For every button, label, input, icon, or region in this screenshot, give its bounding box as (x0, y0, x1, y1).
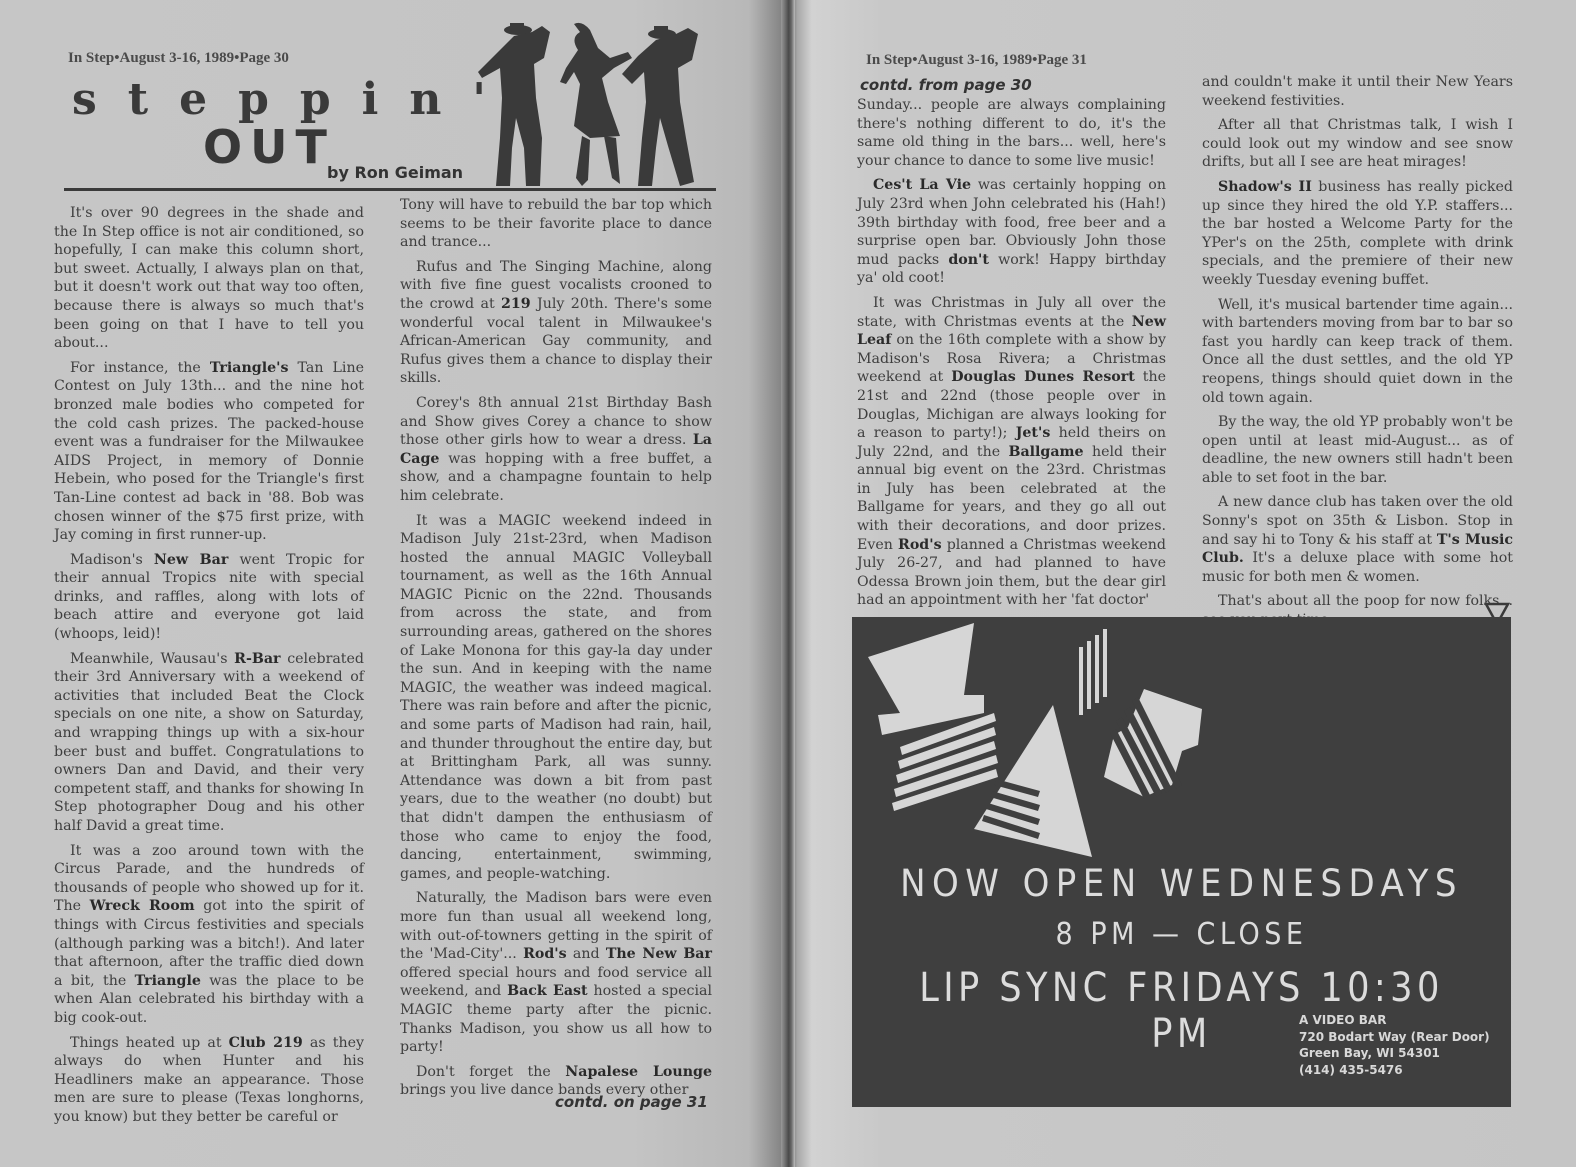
ad-phone: (414) 435-5476 (1299, 1062, 1490, 1079)
title-out: OUT (203, 120, 335, 174)
left-column-1: It's over 90 degrees in the shade and th… (54, 204, 364, 1133)
ad-business-name: A VIDEO BAR (1299, 1012, 1490, 1029)
continued-from-label: contd. from page 30 (860, 76, 1032, 94)
right-column-2: and couldn't make it until their New Yea… (1202, 73, 1513, 636)
zip-video-bar-advertisement: NOW OPEN WEDNESDAYS 8 PM — CLOSE LIP SYN… (852, 617, 1511, 1107)
zip-logo-icon (852, 617, 1511, 857)
paragraph: A new dance club has taken over the old … (1202, 493, 1513, 586)
paragraph: It's over 90 degrees in the shade and th… (54, 204, 364, 353)
ad-city: Green Bay, WI 54301 (1299, 1045, 1490, 1062)
paragraph: For instance, the Triangle's Tan Line Co… (54, 359, 364, 545)
paragraph: Naturally, the Madison bars were even mo… (400, 889, 712, 1056)
paragraph: It was a zoo around town with the Circus… (54, 842, 364, 1028)
ad-hours: 8 PM — CLOSE (885, 917, 1478, 952)
right-column-1: Sunday... people are always complaining … (857, 96, 1166, 616)
paragraph: Sunday... people are always complaining … (857, 96, 1166, 170)
continued-on-link: contd. on page 31 (555, 1093, 708, 1111)
paragraph: and couldn't make it until their New Yea… (1202, 73, 1513, 110)
byline: by Ron Geiman (327, 163, 463, 182)
paragraph: Ces't La Vie was certainly hopping on Ju… (857, 176, 1166, 288)
ad-street: 720 Bodart Way (Rear Door) (1299, 1029, 1490, 1046)
left-column-2: Tony will have to rebuild the bar top wh… (400, 196, 712, 1106)
paragraph: Shadow's II business has really picked u… (1202, 178, 1513, 290)
paragraph: Things heated up at Club 219 as they alw… (54, 1034, 364, 1127)
paragraph: By the way, the old YP probably won't be… (1202, 413, 1513, 487)
left-folio: In Step•August 3-16, 1989•Page 30 (68, 50, 289, 67)
paragraph: It was Christmas in July all over the st… (857, 294, 1166, 610)
right-folio: In Step•August 3-16, 1989•Page 31 (866, 52, 1087, 69)
paragraph: It was a MAGIC weekend indeed in Madison… (400, 512, 712, 884)
ad-address-block: A VIDEO BAR 720 Bodart Way (Rear Door) G… (1299, 1012, 1490, 1078)
paragraph: Tony will have to rebuild the bar top wh… (400, 196, 712, 252)
paragraph: Corey's 8th annual 21st Birthday Bash an… (400, 394, 712, 506)
paragraph: After all that Christmas talk, I wish I … (1202, 116, 1513, 172)
paragraph: Madison's New Bar went Tropic for their … (54, 551, 364, 644)
ad-headline: NOW OPEN WEDNESDAYS (878, 862, 1484, 905)
dancers-silhouette-icon (470, 18, 730, 190)
page-spine (781, 0, 795, 1167)
paragraph: Well, it's musical bartender time again.… (1202, 296, 1513, 408)
title-steppin: steppin' (72, 74, 517, 125)
paragraph: Meanwhile, Wausau's R-Bar celebrated the… (54, 650, 364, 836)
paragraph: Rufus and The Singing Machine, along wit… (400, 258, 712, 388)
